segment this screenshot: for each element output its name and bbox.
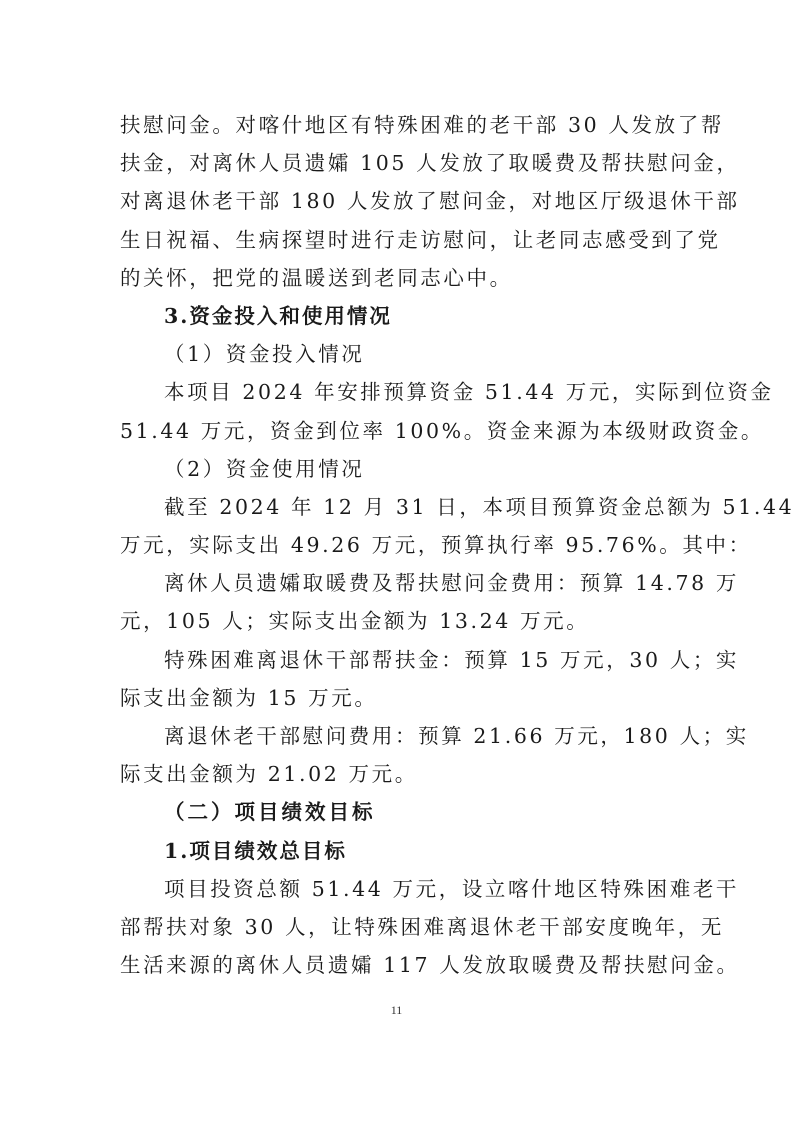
subheading-fund-input: （1）资金投入情况 bbox=[120, 335, 675, 373]
section-heading-performance-goals: （二）项目绩效目标 bbox=[120, 793, 675, 831]
text-line: 截至 2024 年 12 月 31 日，本项目预算资金总额为 51.44 bbox=[120, 488, 675, 526]
paragraph-overall-goal: 项目投资总额 51.44 万元，设立喀什地区特殊困难老干 部帮扶对象 30 人，… bbox=[120, 870, 675, 985]
text-line: 万元，实际支出 49.26 万元，预算执行率 95.76%。其中： bbox=[120, 526, 675, 564]
paragraph-fund-input: 本项目 2024 年安排预算资金 51.44 万元，实际到位资金 51.44 万… bbox=[120, 373, 675, 449]
paragraph-continued-support: 扶慰问金。对喀什地区有特殊困难的老干部 30 人发放了帮 扶金，对离休人员遗孀 … bbox=[120, 106, 675, 297]
text-line: 部帮扶对象 30 人，让特殊困难离退休老干部安度晚年，无 bbox=[120, 908, 675, 946]
text-line: 际支出金额为 21.02 万元。 bbox=[120, 755, 675, 793]
text-line: 元，105 人；实际支出金额为 13.24 万元。 bbox=[120, 602, 675, 640]
text-line: 扶慰问金。对喀什地区有特殊困难的老干部 30 人发放了帮 bbox=[120, 106, 675, 144]
text-line: 扶金，对离休人员遗孀 105 人发放了取暖费及帮扶慰问金， bbox=[120, 144, 675, 182]
paragraph-item-condolence: 离退休老干部慰问费用：预算 21.66 万元，180 人；实 际支出金额为 21… bbox=[120, 717, 675, 793]
section-heading-overall-goal: 1.项目绩效总目标 bbox=[120, 832, 675, 870]
document-page: 扶慰问金。对喀什地区有特殊困难的老干部 30 人发放了帮 扶金，对离休人员遗孀 … bbox=[120, 106, 675, 984]
paragraph-item-widows: 离休人员遗孀取暖费及帮扶慰问金费用：预算 14.78 万 元，105 人；实际支… bbox=[120, 564, 675, 640]
section-heading-funds: 3.资金投入和使用情况 bbox=[120, 297, 675, 335]
text-line: 离休人员遗孀取暖费及帮扶慰问金费用：预算 14.78 万 bbox=[120, 564, 675, 602]
text-line: 特殊困难离退休干部帮扶金：预算 15 万元，30 人；实 bbox=[120, 641, 675, 679]
page-number: 11 bbox=[0, 1003, 793, 1018]
paragraph-fund-usage: 截至 2024 年 12 月 31 日，本项目预算资金总额为 51.44 万元，… bbox=[120, 488, 675, 564]
text-line: 本项目 2024 年安排预算资金 51.44 万元，实际到位资金 bbox=[120, 373, 675, 411]
text-line: 项目投资总额 51.44 万元，设立喀什地区特殊困难老干 bbox=[120, 870, 675, 908]
text-line: 生活来源的离休人员遗孀 117 人发放取暖费及帮扶慰问金。 bbox=[120, 946, 675, 984]
text-line: 离退休老干部慰问费用：预算 21.66 万元，180 人；实 bbox=[120, 717, 675, 755]
text-line: 生日祝福、生病探望时进行走访慰问，让老同志感受到了党 bbox=[120, 221, 675, 259]
text-line: 对离退休老干部 180 人发放了慰问金，对地区厅级退休干部 bbox=[120, 182, 675, 220]
text-line: 51.44 万元，资金到位率 100%。资金来源为本级财政资金。 bbox=[120, 412, 675, 450]
text-line: 的关怀，把党的温暖送到老同志心中。 bbox=[120, 259, 675, 297]
subheading-fund-usage: （2）资金使用情况 bbox=[120, 450, 675, 488]
text-line: 际支出金额为 15 万元。 bbox=[120, 679, 675, 717]
paragraph-item-hardship: 特殊困难离退休干部帮扶金：预算 15 万元，30 人；实 际支出金额为 15 万… bbox=[120, 641, 675, 717]
